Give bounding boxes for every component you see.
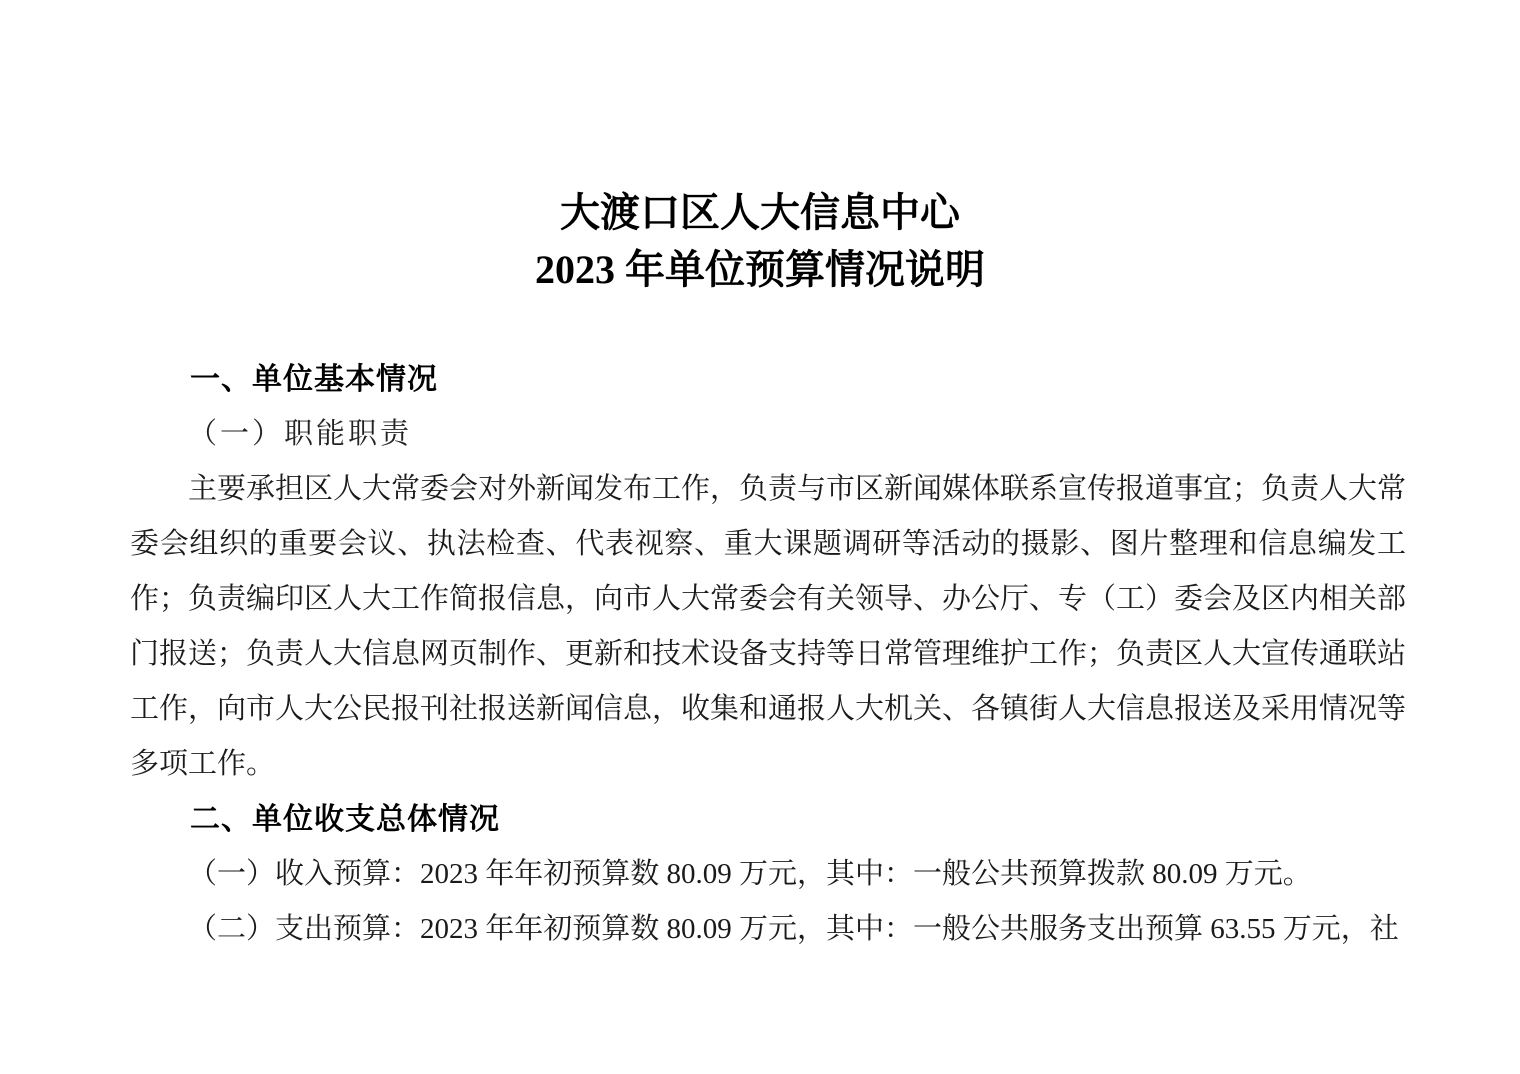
document-body: 一、单位基本情况 （一）职能职责 主要承担区人大常委会对外新闻发布工作，负责与市…: [130, 352, 1406, 957]
document-title: 大渡口区人大信息中心 2023 年单位预算情况说明: [0, 0, 1520, 298]
income-budget-paragraph: （一）收入预算：2023 年年初预算数 80.09 万元，其中：一般公共预算拨款…: [130, 847, 1406, 902]
subsection-heading-functions: （一）职能职责: [130, 407, 1406, 462]
section-heading-revenue-expenditure: 二、单位收支总体情况: [130, 792, 1406, 847]
section-heading-basic-info: 一、单位基本情况: [130, 352, 1406, 407]
budget-document-page: 大渡口区人大信息中心 2023 年单位预算情况说明 一、单位基本情况 （一）职能…: [0, 0, 1520, 1074]
expenditure-budget-paragraph: （二）支出预算：2023 年年初预算数 80.09 万元，其中：一般公共服务支出…: [130, 902, 1406, 957]
document-title-line-1: 大渡口区人大信息中心: [0, 184, 1520, 241]
functions-paragraph: 主要承担区人大常委会对外新闻发布工作，负责与市区新闻媒体联系宣传报道事宜；负责人…: [130, 462, 1406, 792]
document-title-line-2: 2023 年单位预算情况说明: [0, 241, 1520, 298]
